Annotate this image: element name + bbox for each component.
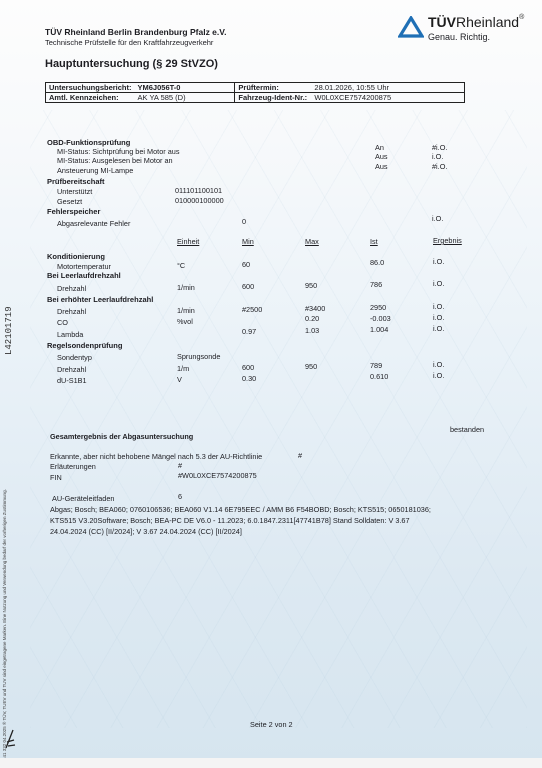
obd-row-state: Aus [375, 162, 388, 171]
device-guide-label: AU-Geräteleitfaden [52, 494, 114, 503]
obd-row-result: #i.O. [432, 143, 447, 152]
measurement-min: 0.97 [242, 327, 256, 336]
error-memory-value: 0 [242, 217, 246, 226]
triangle-logo-icon [398, 16, 424, 38]
page-number: Seite 2 von 2 [250, 720, 293, 729]
measurement-actual: -0.003 [370, 314, 391, 323]
measurement-max: 0.20 [305, 314, 319, 323]
measurement-actual: 789 [370, 361, 382, 370]
measurement-actual: 86.0 [370, 258, 384, 267]
measurement-unit: °C [177, 261, 185, 270]
obd-row-label: MI-Status: Ausgelesen bei Motor an [57, 156, 173, 165]
measurement-actual: 0.610 [370, 372, 388, 381]
plate-label: Amtl. Kennzeichen: [46, 93, 135, 103]
vin-label: Fahrzeug-Ident-Nr.: [235, 93, 312, 103]
date-label: Prüftermin: [235, 83, 312, 93]
measurement-max: 950 [305, 362, 317, 371]
obd-section-title: OBD-Funktionsprüfung [47, 138, 130, 147]
device-info-line: KTS515 V3.20Software; Bosch; BEA-PC DE V… [50, 516, 410, 525]
defects-label: Erkannte, aber nicht behobene Mängel nac… [50, 452, 262, 461]
obd-row-label: MI-Status: Sichtprüfung bei Motor aus [57, 147, 179, 156]
measurement-section-title: Regelsondenprüfung [47, 341, 122, 350]
measurement-result: i.O. [433, 360, 444, 369]
readiness-row-value: 011101100101 [175, 186, 222, 195]
signature-mark-icon [4, 728, 16, 750]
notes-value: # [178, 461, 182, 470]
measurement-label: Drehzahl [57, 307, 86, 316]
obd-row-label: Ansteuerung MI-Lampe [57, 166, 133, 175]
obd-row-result: i.O. [432, 152, 443, 161]
inspection-info-table: Untersuchungsbericht: YM6J056T-0 Prüfter… [45, 82, 465, 103]
fin-value: #W0L0XCE7574200875 [178, 471, 257, 480]
measurement-max: 1.03 [305, 326, 319, 335]
document-title: Hauptuntersuchung (§ 29 StVZO) [45, 58, 218, 70]
device-info-line: Abgas; Bosch; BEA060; 0760106536; BEA060… [50, 505, 431, 514]
measurement-unit: 1/m [177, 364, 189, 373]
measurement-unit: 1/min [177, 283, 195, 292]
license-plate: AK YA 585 (D) [135, 93, 235, 103]
measurement-result: i.O. [433, 313, 444, 322]
readiness-section-title: Prüfbereitschaft [47, 177, 105, 186]
document-serial-number: L42101719 [4, 306, 14, 355]
column-header-unit: Einheit [177, 237, 199, 246]
measurement-label: Sondentyp [57, 353, 92, 362]
measurement-label: Drehzahl [57, 365, 86, 374]
measurement-actual: 1.004 [370, 325, 388, 334]
readiness-row-value: 010000100000 [175, 196, 224, 205]
overall-result-title: Gesamtergebnis der Abgasuntersuchung [50, 432, 193, 441]
measurement-result: i.O. [433, 279, 444, 288]
error-memory-result: i.O. [432, 214, 443, 223]
measurement-unit: V [177, 375, 182, 384]
inspection-date: 28.01.2026, 10:55 Uhr [311, 83, 464, 93]
measurement-min: 60 [242, 260, 250, 269]
measurement-unit: 1/min [177, 306, 195, 315]
device-info-line: 24.04.2024 (CC) [II/2024]; V 3.67 24.04.… [50, 527, 242, 536]
readiness-row-label: Unterstützt [57, 187, 92, 196]
measurement-label: Motortemperatur [57, 262, 111, 271]
measurement-actual: 786 [370, 280, 382, 289]
report-number: YM6J056T-0 [135, 83, 235, 93]
measurement-min: 600 [242, 363, 254, 372]
measurement-min: 0.30 [242, 374, 256, 383]
organization-name: TÜV Rheinland Berlin Brandenburg Pfalz e… [45, 27, 227, 37]
error-memory-label: Abgasrelevante Fehler [57, 219, 130, 228]
obd-row-result: #i.O. [432, 162, 447, 171]
error-memory-section-title: Fehlerspeicher [47, 207, 100, 216]
obd-row-state: Aus [375, 152, 388, 161]
notes-label: Erläuterungen [50, 462, 96, 471]
device-guide-value: 6 [178, 492, 182, 501]
logo-slogan: Genau. Richtig. [428, 32, 490, 42]
measurement-label: Lambda [57, 330, 83, 339]
margin-legal-note: 541 332 04.2025 ® TÜV, TUEV und TUV sind… [2, 489, 7, 760]
column-header-max: Max [305, 237, 319, 246]
overall-result-value: bestanden [450, 425, 484, 434]
vehicle-id-number: W0L0XCE7574200875 [311, 93, 464, 103]
organization-subtitle: Technische Prüfstelle für den Kraftfahrz… [45, 38, 213, 47]
measurement-result: i.O. [433, 257, 444, 266]
measurement-label: Drehzahl [57, 284, 86, 293]
column-header-result: Ergebnis [433, 236, 462, 245]
defects-value: # [298, 451, 302, 460]
measurement-label: CO [57, 318, 68, 327]
fin-label: FIN [50, 473, 62, 482]
measurement-section-title: Bei Leerlaufdrehzahl [47, 271, 121, 280]
readiness-row-label: Gesetzt [57, 197, 82, 206]
sensor-type-value: Sprungsonde [177, 352, 220, 361]
measurement-unit: %vol [177, 317, 193, 326]
measurement-max: #3400 [305, 304, 325, 313]
measurement-result: i.O. [433, 302, 444, 311]
security-background-pattern [30, 110, 527, 728]
column-header-min: Min [242, 237, 254, 246]
measurement-section-title: Konditionierung [47, 252, 105, 261]
measurement-min: #2500 [242, 305, 262, 314]
measurement-section-title: Bei erhöhter Leerlaufdrehzahl [47, 295, 153, 304]
column-header-actual: Ist [370, 237, 378, 246]
obd-row-state: An [375, 143, 384, 152]
logo-brand: TÜVRheinland® [428, 14, 524, 30]
measurement-actual: 2950 [370, 303, 386, 312]
tuv-logo: TÜVRheinland® Genau. Richtig. [398, 14, 538, 50]
report-label: Untersuchungsbericht: [46, 83, 135, 93]
measurement-result: i.O. [433, 324, 444, 333]
measurement-min: 600 [242, 282, 254, 291]
page-bottom-edge [0, 758, 542, 768]
measurement-max: 950 [305, 281, 317, 290]
measurement-label: dU-S1B1 [57, 376, 87, 385]
measurement-result: i.O. [433, 371, 444, 380]
